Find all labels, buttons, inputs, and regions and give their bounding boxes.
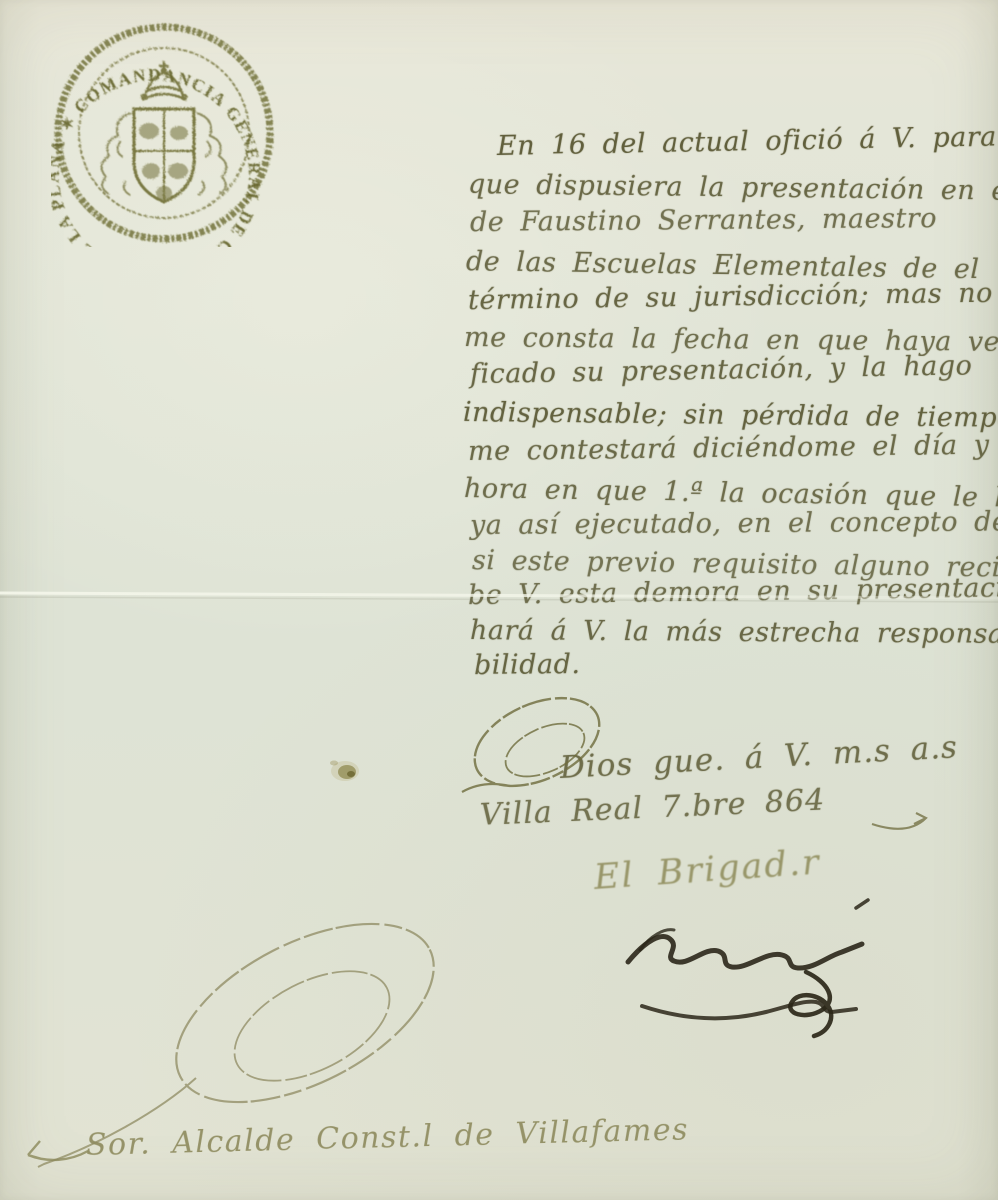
manuscript-page: ✶ COMANDANCIA GENERAL DE CASTELLON DE LA… [0, 0, 998, 1200]
dios-flourish [461, 680, 613, 803]
signature [628, 900, 868, 1036]
ink-stain [330, 761, 359, 782]
ink-overlay [0, 0, 998, 1200]
date-swash [872, 813, 926, 829]
loop-flourish [38, 887, 462, 1167]
fold-crease [0, 593, 998, 602]
